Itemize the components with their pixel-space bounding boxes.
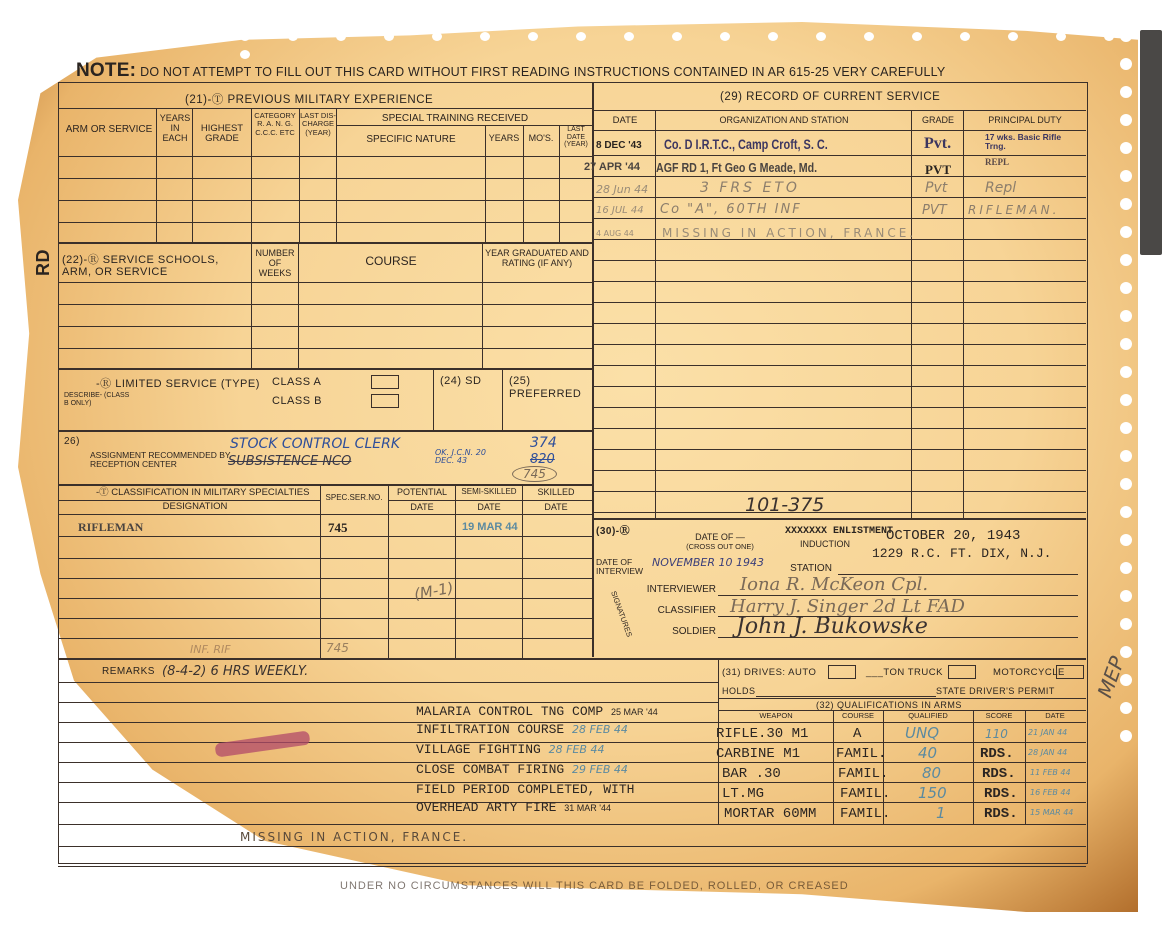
section-31-title: (31) DRIVES: AUTO bbox=[722, 667, 816, 678]
section-29-title: (29) RECORD OF CURRENT SERVICE bbox=[720, 91, 940, 103]
spec-row-2-designation: INF. RIF bbox=[190, 643, 231, 656]
assignment-label: ASSIGNMENT RECOMMENDED BY RECEPTION CENT… bbox=[90, 451, 240, 470]
section-24-sd: (24) SD bbox=[440, 375, 481, 387]
section-32-title: (32) QUALIFICATIONS IN ARMS bbox=[816, 700, 962, 710]
interview-date: NOVEMBER 10 1943 bbox=[652, 556, 764, 569]
remarks-text: (8-4-2) 6 HRS WEEKLY. bbox=[162, 664, 308, 679]
drives-motorcycle-box[interactable] bbox=[1056, 665, 1084, 679]
record-number: 101-375 bbox=[745, 494, 824, 516]
remarks-footer: MISSING IN ACTION, FRANCE. bbox=[240, 830, 468, 844]
assignment-entry: STOCK CONTROL CLERK bbox=[230, 436, 400, 452]
induction-date: OCTOBER 20, 1943 bbox=[886, 528, 1020, 544]
spec-row-1-number: 745 bbox=[328, 520, 348, 536]
punch-holes-right bbox=[1120, 30, 1134, 758]
assignment-struck: SUBSISTENCE NCO bbox=[228, 454, 351, 469]
class-b-checkbox[interactable] bbox=[371, 394, 399, 408]
induction-station: 1229 R.C. FT. DIX, N.J. bbox=[872, 546, 1051, 561]
section-21-title: (21)-Ⓣ PREVIOUS MILITARY EXPERIENCE bbox=[185, 91, 433, 107]
class-a-checkbox[interactable] bbox=[371, 375, 399, 389]
soldier-signature: John J. Bukowske bbox=[736, 614, 928, 639]
instructions-note: NOTE:DO NOT ATTEMPT TO FILL OUT THIS CAR… bbox=[76, 60, 945, 82]
section-22-title: (22)-Ⓡ SERVICE SCHOOLS, ARM, OR SERVICE bbox=[62, 254, 247, 278]
remarks-label: REMARKS bbox=[102, 666, 155, 677]
special-training-header: SPECIAL TRAINING RECEIVED bbox=[340, 113, 570, 124]
section-25-preferred: PREFERRED bbox=[509, 388, 581, 400]
class-a-label: CLASS A bbox=[272, 376, 321, 388]
bottom-warning: UNDER NO CIRCUMSTANCES WILL THIS CARD BE… bbox=[340, 880, 849, 892]
spec-row-1-designation: RIFLEMAN bbox=[78, 520, 143, 535]
section-27-title: -Ⓣ CLASSIFICATION IN MILITARY SPECIALTIE… bbox=[96, 488, 320, 498]
spec-row-2-number: 745 bbox=[326, 641, 349, 655]
punch-holes-top bbox=[240, 28, 1170, 64]
section-25-title: (25) bbox=[509, 375, 531, 387]
interviewer-signature: Iona R. McKeon Cpl. bbox=[740, 574, 928, 595]
side-label: RD bbox=[33, 249, 54, 276]
drives-truck-box[interactable] bbox=[948, 665, 976, 679]
drives-auto-box[interactable] bbox=[828, 665, 856, 679]
spec-row-1-semi-date: 19 MAR 44 bbox=[462, 521, 518, 533]
class-b-label: CLASS B bbox=[272, 395, 322, 407]
section-30-num: (30)-Ⓡ bbox=[596, 522, 630, 537]
section-23-title: -Ⓡ LIMITED SERVICE (TYPE) bbox=[96, 375, 260, 391]
